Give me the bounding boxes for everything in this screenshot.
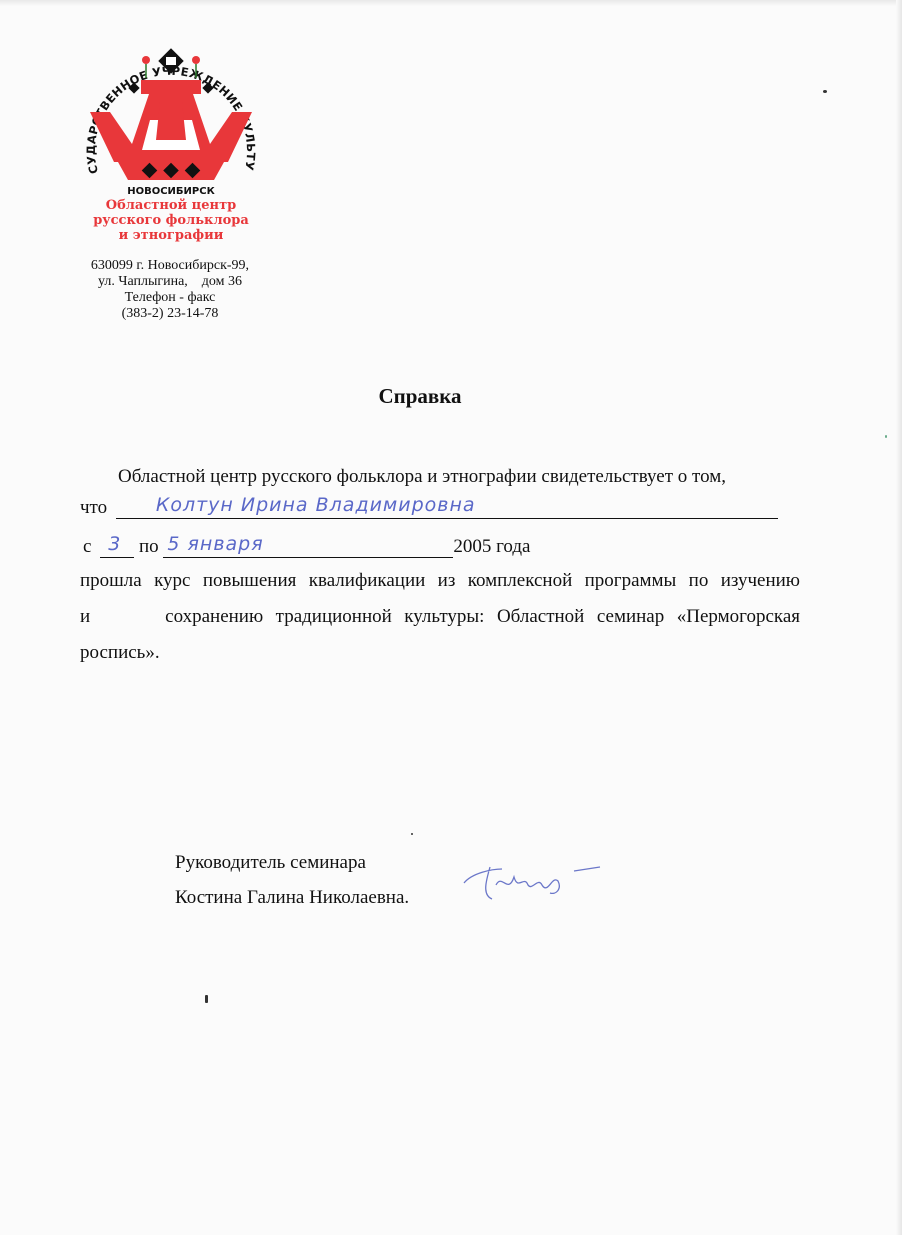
scan-edge-right bbox=[896, 0, 902, 1235]
scan-speck bbox=[205, 995, 208, 1003]
body-text-line: роспись». bbox=[80, 642, 800, 664]
svg-text:русского фольклора: русского фольклора bbox=[93, 213, 249, 228]
organization-address: 630099 г. Новосибирск-99, ул. Чаплыгина,… bbox=[70, 258, 270, 322]
body-text-line: прошла курс повышения квалификации из ко… bbox=[80, 570, 800, 592]
from-day-field: 3 bbox=[100, 535, 134, 558]
intro-text: Областной центр русского фольклора и этн… bbox=[118, 466, 726, 488]
person-name-handwritten: Колтун Ирина Владимировна bbox=[156, 494, 476, 516]
to-label: по bbox=[139, 536, 159, 557]
svg-text:и этнографии: и этнографии bbox=[119, 228, 224, 243]
scan-speck bbox=[823, 90, 827, 93]
person-name-field: Колтун Ирина Владимировна bbox=[116, 496, 778, 519]
date-range-row: с 3 по 5 января 2005 года bbox=[83, 535, 530, 558]
from-label: с bbox=[83, 536, 91, 557]
address-line: 630099 г. Новосибирск-99, bbox=[70, 258, 270, 274]
body-text-line: и сохранению традиционной культуры: Обла… bbox=[80, 606, 800, 628]
address-line: ул. Чаплыгина, дом 36 bbox=[70, 274, 270, 290]
to-date-field: 5 января bbox=[163, 535, 453, 558]
organization-logo: ГОСУДАРСТВЕННОЕ УЧРЕЖДЕНИЕ КУЛЬТУРЫ НОВО… bbox=[78, 22, 264, 250]
signatory-role: Руководитель семинара bbox=[175, 852, 366, 874]
scan-speck bbox=[411, 833, 413, 835]
to-date-handwritten: 5 января bbox=[167, 533, 263, 555]
scan-edge-top bbox=[0, 0, 902, 6]
svg-text:НОВОСИБИРСК: НОВОСИБИРСК bbox=[127, 186, 215, 197]
handwritten-signature-icon bbox=[462, 855, 602, 905]
year-text: 2005 года bbox=[453, 536, 530, 557]
scan-speck bbox=[885, 435, 887, 438]
from-day-handwritten: 3 bbox=[108, 533, 121, 555]
person-name-row: что Колтун Ирина Владимировна bbox=[80, 496, 778, 519]
phone-label: Телефон - факс bbox=[70, 290, 270, 306]
svg-text:Областной центр: Областной центр bbox=[106, 198, 236, 213]
signatory-name: Костина Галина Николаевна. bbox=[175, 887, 409, 909]
that-label: что bbox=[80, 497, 107, 518]
document-title: Справка bbox=[0, 384, 840, 409]
phone-number: (383-2) 23-14-78 bbox=[70, 306, 270, 322]
